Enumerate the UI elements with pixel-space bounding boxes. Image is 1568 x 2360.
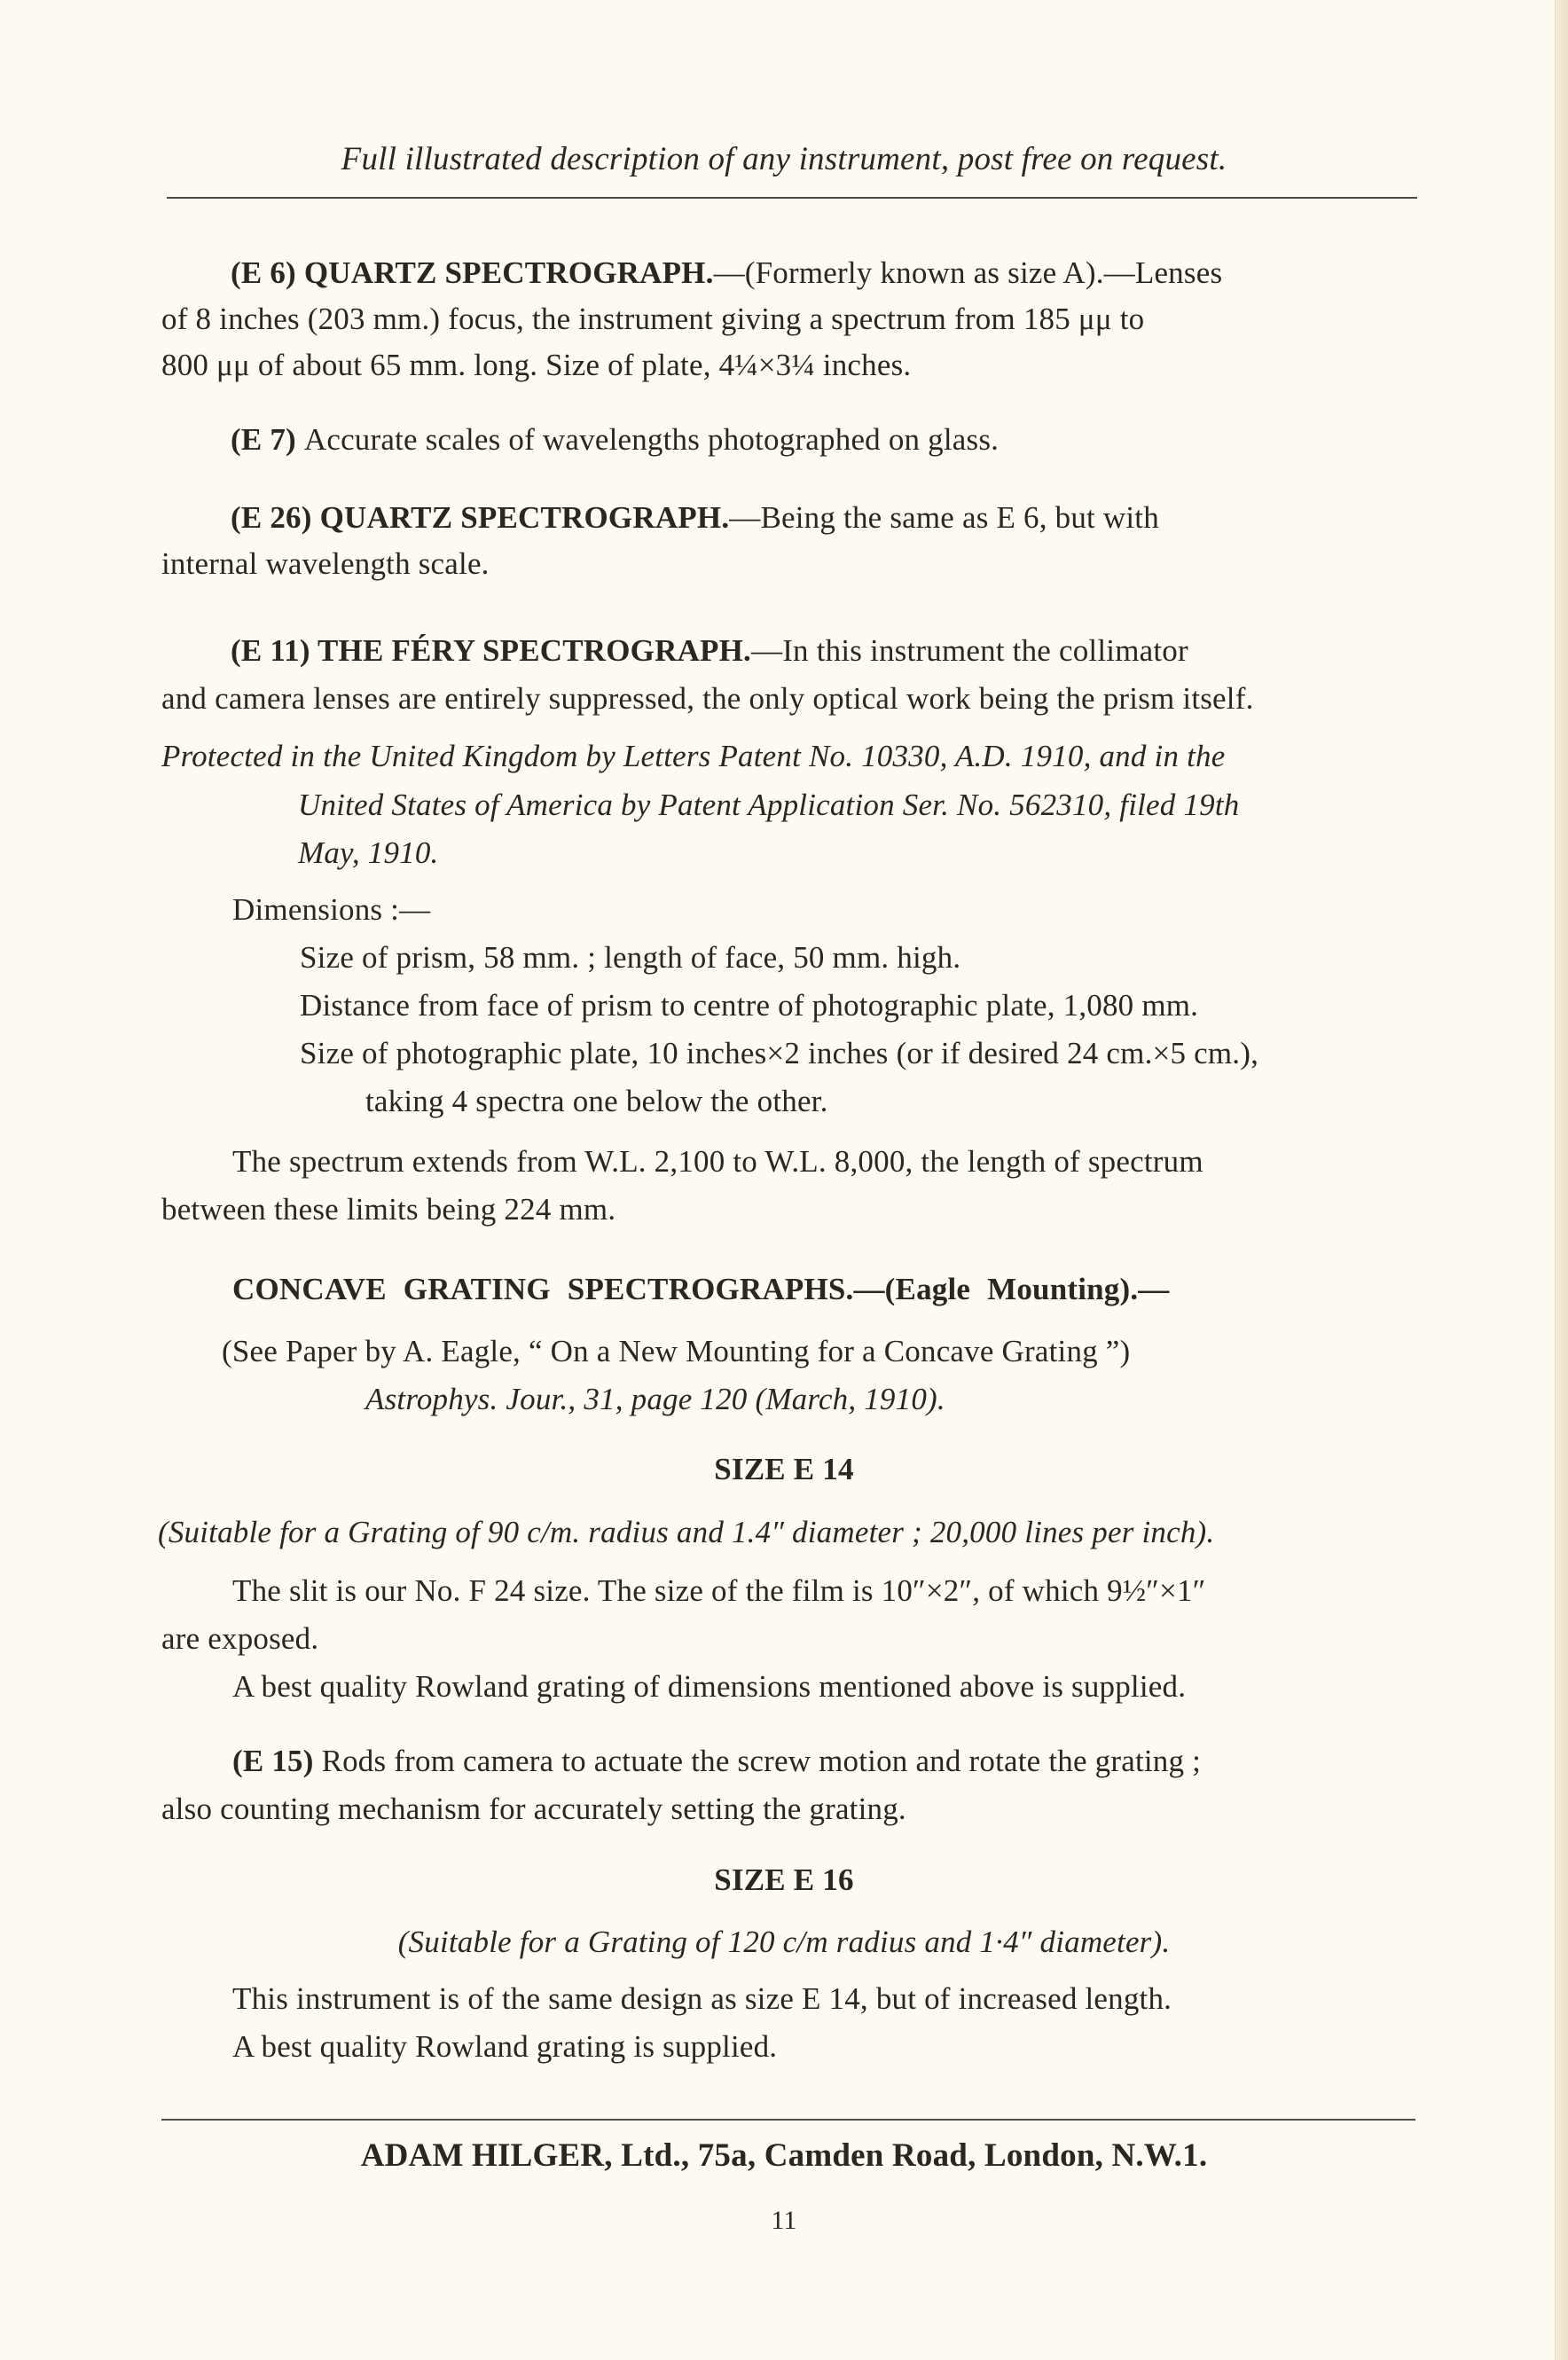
e11-dim-4: taking 4 spectra one below the other. — [365, 1084, 828, 1119]
e15-line1-text: Rods from camera to actuate the screw mo… — [322, 1744, 1202, 1778]
e26-line1-rest: —Being the same as E 6, but with — [729, 500, 1159, 535]
e6-line1-rest: —(Formerly known as size A).—Lenses — [714, 255, 1223, 290]
e11-line-2: and camera lenses are entirely suppresse… — [161, 681, 1254, 717]
e11-spectrum-2: between these limits being 224 mm. — [161, 1192, 615, 1227]
page-edge — [1555, 0, 1568, 2360]
e15-line-2: also counting mechanism for accurately s… — [161, 1792, 906, 1827]
e6-code: (E 6) — [231, 255, 304, 290]
e16-design: This instrument is of the same design as… — [232, 1981, 1172, 2017]
e11-dim-1: Size of prism, 58 mm. ; length of face, … — [300, 940, 960, 976]
e11-patent-2: United States of America by Patent Appli… — [298, 788, 1239, 823]
e16-suitable: (Suitable for a Grating of 120 c/m radiu… — [0, 1925, 1568, 1960]
e11-dim-3: Size of photographic plate, 10 inches×2 … — [300, 1036, 1258, 1071]
e14-heading: SIZE E 14 — [0, 1452, 1568, 1487]
e15-line-1: (E 15) Rods from camera to actuate the s… — [232, 1744, 1201, 1779]
concave-title: CONCAVE GRATING SPECTROGRAPHS.—(Eagle Mo… — [232, 1272, 1170, 1307]
e16-heading: SIZE E 16 — [0, 1862, 1568, 1898]
e14-suitable: (Suitable for a Grating of 90 c/m. radiu… — [158, 1515, 1214, 1550]
e6-line-3: 800 μμ of about 65 mm. long. Size of pla… — [161, 348, 911, 383]
concave-ref-2: Astrophys. Jour., 31, page 120 (March, 1… — [365, 1382, 945, 1417]
e26-line-1: (E 26) QUARTZ SPECTROGRAPH.—Being the sa… — [231, 500, 1159, 536]
e26-line-2: internal wavelength scale. — [161, 546, 490, 582]
e16-grating: A best quality Rowland grating is suppli… — [232, 2029, 777, 2065]
e11-line1-rest: —In this instrument the collimator — [751, 633, 1188, 668]
e11-line-1: (E 11) THE FÉRY SPECTROGRAPH.—In this in… — [231, 633, 1188, 669]
e14-slit-1: The slit is our No. F 24 size. The size … — [232, 1573, 1205, 1609]
footer-rule — [161, 2119, 1415, 2121]
e11-dim-2: Distance from face of prism to centre of… — [300, 988, 1198, 1023]
e11-spectrum-1: The spectrum extends from W.L. 2,100 to … — [232, 1144, 1203, 1180]
e11-dimensions-label: Dimensions :— — [232, 892, 430, 928]
e26-code: (E 26) — [231, 500, 320, 535]
e7-line: (E 7) Accurate scales of wavelengths pho… — [231, 422, 999, 458]
footer-address: ADAM HILGER, Ltd., 75a, Camden Road, Lon… — [0, 2138, 1568, 2174]
e6-title: QUARTZ SPECTROGRAPH. — [304, 255, 714, 290]
e11-code: (E 11) — [231, 633, 318, 668]
e15-code: (E 15) — [232, 1744, 322, 1778]
e14-grating: A best quality Rowland grating of dimens… — [232, 1669, 1186, 1705]
e7-code: (E 7) — [231, 422, 304, 457]
e6-line-1: (E 6) QUARTZ SPECTROGRAPH.—(Formerly kno… — [231, 255, 1415, 291]
e11-patent-1: Protected in the United Kingdom by Lette… — [161, 739, 1225, 774]
e6-line-2: of 8 inches (203 mm.) focus, the instrum… — [161, 302, 1144, 337]
header-tagline: Full illustrated description of any inst… — [0, 142, 1568, 177]
e11-title: THE FÉRY SPECTROGRAPH. — [318, 633, 751, 668]
concave-ref-1: (See Paper by A. Eagle, “ On a New Mount… — [222, 1334, 1130, 1369]
e14-slit-2: are exposed. — [161, 1621, 318, 1657]
e7-text: Accurate scales of wavelengths photograp… — [304, 422, 999, 457]
e11-patent-3: May, 1910. — [298, 835, 439, 871]
e26-title: QUARTZ SPECTROGRAPH. — [320, 500, 730, 535]
page-number: 11 — [0, 2203, 1568, 2238]
header-rule — [167, 197, 1417, 199]
